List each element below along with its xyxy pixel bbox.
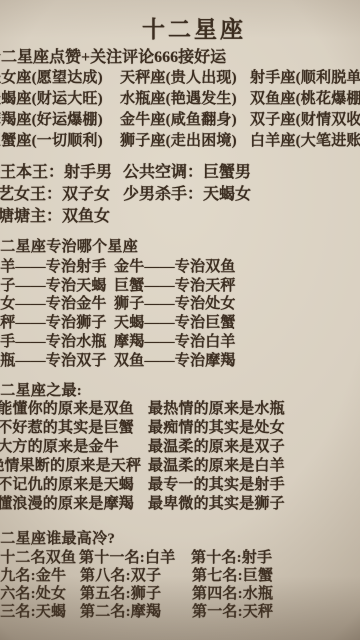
- zhizui-cell: 最专一的其实是射手: [148, 473, 285, 494]
- page-title: 十二星座: [34, 11, 354, 44]
- zhuanzhi-row: 天秤——专治狮子 天蝎——专治巨蟹: [0, 311, 360, 331]
- zhuanzhi-cell: 双鱼——专治摩羯: [114, 349, 236, 370]
- gaoleng-row: 第三名:天蝎 第二名:摩羯 第一名:天秤: [0, 600, 360, 620]
- fortune-cell: 天蝎座(财运大旺): [0, 87, 103, 108]
- zhuanzhi-row: 白羊——专治射手 金牛——专治双鱼: [0, 255, 360, 275]
- fortune-cell: 射手座(顺利脱单): [250, 66, 360, 87]
- fortune-cell: 水瓶座(艳遇发生): [120, 87, 237, 108]
- zhuanzhi-cell: 处女——专治金牛: [0, 292, 107, 313]
- meme-row: 鱼塘塘主：双鱼女: [0, 203, 360, 223]
- zhizui-row: 最不好惹的其实是巨蟹 最痴情的其实是处女: [0, 416, 360, 436]
- zhuanzhi-row: 射手——专治水瓶 摩羯——专治白羊: [0, 330, 360, 350]
- zhizui-row: 最大方的原来是金牛 最温柔的原来是双子: [0, 435, 360, 455]
- zhuanzhi-cell: 狮子——专治处女: [114, 292, 236, 313]
- meme-cell: 公共空调：巨蟹男: [123, 159, 251, 182]
- page-background: 十二星座 十二星座点赞+关注评论666接好运 处女座(愿望达成) 天秤座(贵人出…: [0, 0, 360, 640]
- meme-cell: 海王本王：射手男: [0, 159, 112, 182]
- section-title-zhuanzhi: 十二星座专治哪个星座: [0, 235, 360, 255]
- zhizui-cell: 最绝情果断的原来是天秤: [0, 454, 141, 475]
- gaoleng-cell: 第一名:天秤: [192, 600, 273, 621]
- zhizui-cell: 最不好惹的其实是巨蟹: [0, 416, 134, 437]
- zhuanzhi-cell: 白羊——专治射手: [0, 255, 107, 276]
- meme-cell: 少男杀手：天蝎女: [123, 181, 251, 204]
- gaoleng-row: 第十二名双鱼 第十一名:白羊 第十名:射手: [0, 546, 360, 566]
- zhizui-row: 最不记仇的原来是天蝎 最专一的其实是射手: [0, 473, 360, 493]
- zhuanzhi-cell: 射手——专治水瓶: [0, 330, 107, 351]
- section-title-text: 十二星座谁最高冷?: [0, 527, 115, 548]
- fortune-cell: 双子座(财情双收): [250, 108, 360, 129]
- fortune-cell: 巨蟹座(一切顺利): [0, 129, 103, 150]
- fortune-cell: 双鱼座(桃花爆棚): [250, 87, 360, 108]
- meme-row: 茶艺女王：双子女 少男杀手：天蝎女: [0, 181, 360, 201]
- meme-cell: 鱼塘塘主：双鱼女: [0, 203, 110, 226]
- zhizui-cell: 最能懂你的原来是双鱼: [0, 397, 134, 418]
- zhizui-cell: 最热情的原来是水瓶: [148, 397, 285, 418]
- zhizui-cell: 最温柔的原来是双子: [148, 435, 285, 456]
- fortune-cell: 狮子座(走出困境): [120, 129, 237, 150]
- gaoleng-row: 第九名:金牛 第八名:双子 第七名:巨蟹: [0, 564, 360, 584]
- zhizui-cell: 最大方的原来是金牛: [0, 435, 119, 456]
- fortune-cell: 天秤座(贵人出现): [120, 66, 237, 87]
- fortune-row: 处女座(愿望达成) 天秤座(贵人出现) 射手座(顺利脱单): [0, 66, 360, 86]
- zhuanzhi-cell: 天蝎——专治巨蟹: [114, 311, 236, 332]
- gaoleng-cell: 第二名:摩羯: [80, 600, 161, 621]
- fortune-row: 摩羯座(好运爆棚) 金牛座(咸鱼翻身) 双子座(财情双收): [0, 108, 360, 128]
- zhuanzhi-row: 水瓶——专治双子 双鱼——专治摩羯: [0, 349, 360, 369]
- fortune-cell: 处女座(愿望达成): [0, 66, 103, 87]
- gaoleng-cell: 第三名:天蝎: [0, 600, 66, 621]
- fortune-cell: 金牛座(咸鱼翻身): [120, 108, 237, 129]
- section-title-text: 十二星座专治哪个星座: [0, 235, 138, 256]
- fortune-row: 天蝎座(财运大旺) 水瓶座(艳遇发生) 双鱼座(桃花爆棚): [0, 87, 360, 107]
- zhuanzhi-cell: 水瓶——专治双子: [0, 349, 107, 370]
- meme-row: 海王本王：射手男 公共空调：巨蟹男: [0, 159, 360, 179]
- section-title-gaoleng: 十二星座谁最高冷?: [0, 527, 360, 547]
- gaoleng-row: 第六名:处女 第五名:狮子 第四名:水瓶: [0, 582, 360, 602]
- zhizui-cell: 最懂浪漫的原来是摩羯: [0, 492, 134, 513]
- zhuanzhi-row: 处女——专治金牛 狮子——专治处女: [0, 292, 360, 312]
- fortune-row: 巨蟹座(一切顺利) 狮子座(走出困境) 白羊座(大笔进账): [0, 129, 360, 149]
- zhizui-row: 最能懂你的原来是双鱼 最热情的原来是水瓶: [0, 397, 360, 417]
- fortune-cell: 白羊座(大笔进账): [250, 129, 360, 150]
- zhizui-row: 最懂浪漫的原来是摩羯 最卑微的其实是狮子: [0, 492, 360, 512]
- meme-cell: 茶艺女王：双子女: [0, 181, 110, 204]
- zhuanzhi-cell: 天秤——专治狮子: [0, 311, 107, 332]
- promo-text: 十二星座点赞+关注评论666接好运: [0, 44, 226, 67]
- section-title-zhizui: 十二星座之最:: [0, 379, 360, 399]
- promo-line: 十二星座点赞+关注评论666接好运: [0, 44, 360, 64]
- zhizui-row: 最绝情果断的原来是天秤 最温柔的原来是白羊: [0, 454, 360, 474]
- zhizui-cell: 最卑微的其实是狮子: [148, 492, 285, 513]
- zhizui-cell: 最不记仇的原来是天蝎: [0, 473, 134, 494]
- zhuanzhi-row: 双子——专治天蝎 巨蟹——专治天秤: [0, 274, 360, 294]
- zhizui-cell: 最温柔的原来是白羊: [148, 454, 285, 475]
- fortune-cell: 摩羯座(好运爆棚): [0, 108, 103, 129]
- zhuanzhi-cell: 金牛——专治双鱼: [114, 255, 236, 276]
- zhizui-cell: 最痴情的其实是处女: [148, 416, 285, 437]
- zhuanzhi-cell: 摩羯——专治白羊: [114, 330, 236, 351]
